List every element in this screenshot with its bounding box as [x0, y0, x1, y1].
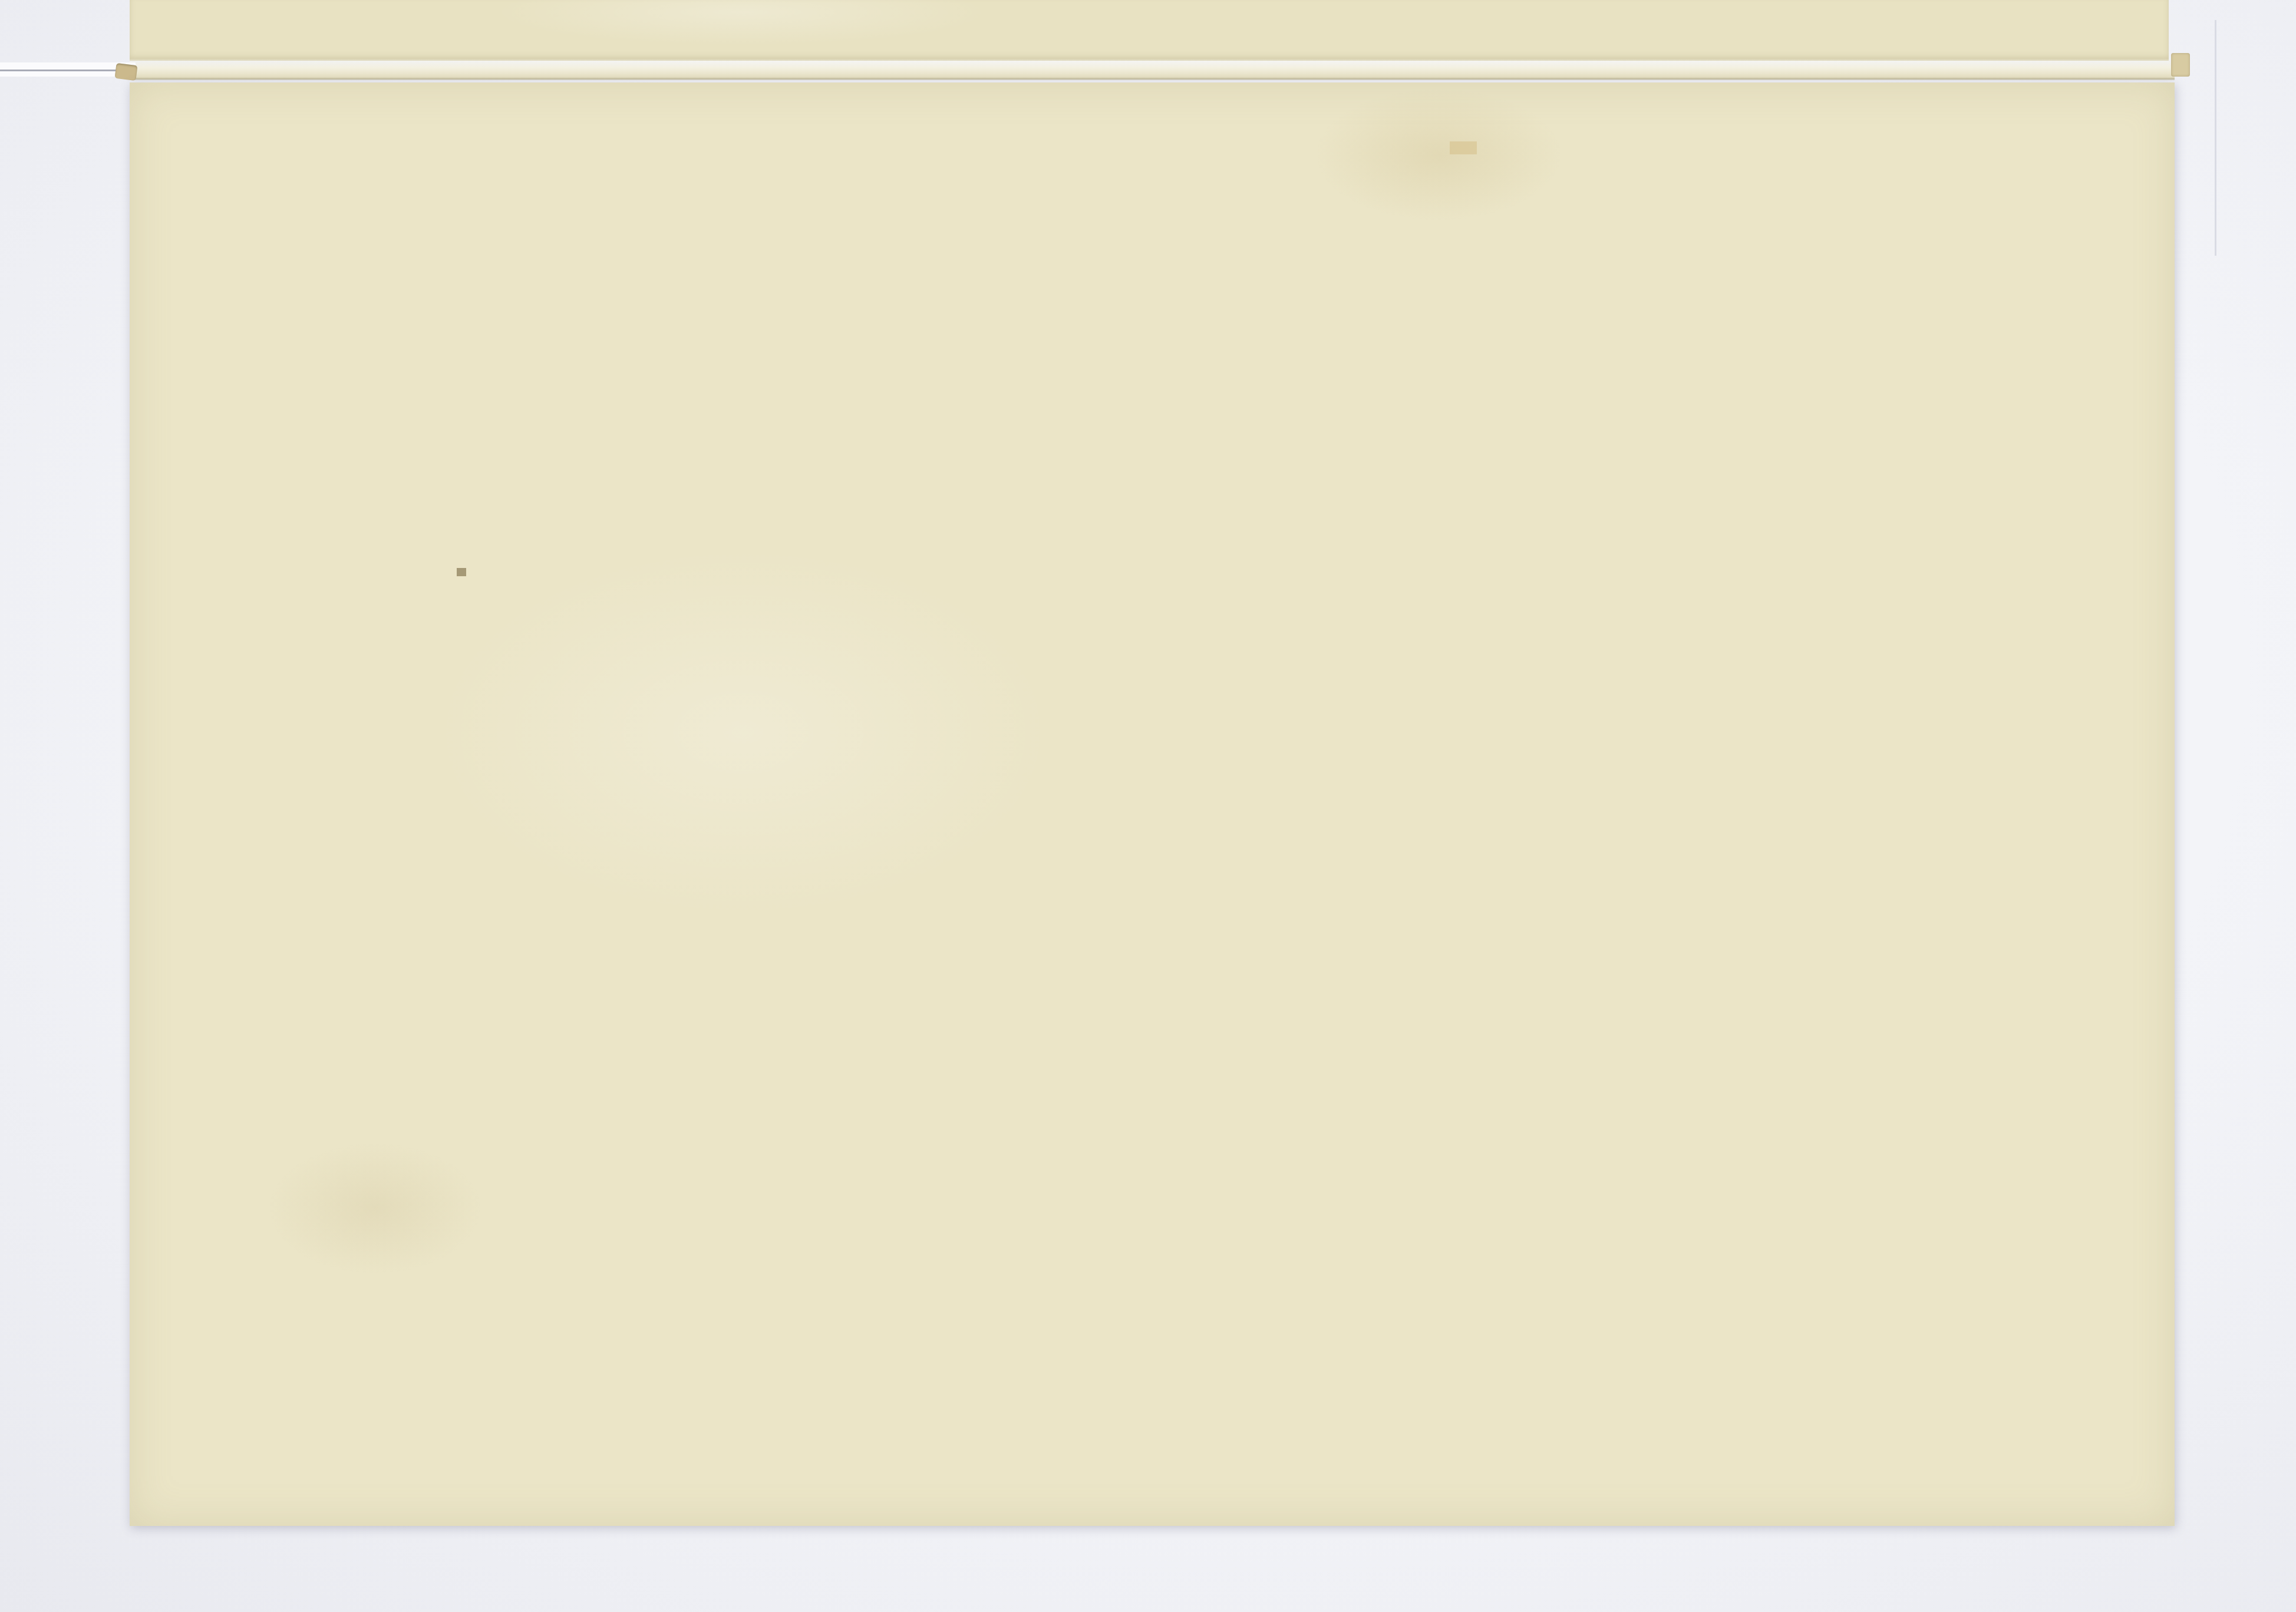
sheet-edge-line: [2215, 20, 2216, 256]
page-tab: [115, 63, 138, 81]
page-fold-seam: [130, 59, 2175, 79]
paper-stain: [457, 568, 466, 576]
seam-shadow-line: [130, 78, 2175, 80]
scan-background: { "manuscript": { "page_number": "12", "…: [0, 0, 2296, 1612]
scanner-edge-line: [0, 70, 134, 71]
manuscript-page: [130, 82, 2175, 1526]
page-edge-chip: [2171, 53, 2190, 77]
paper-stain: [1450, 141, 1477, 154]
previous-page-strip-text: [53, 0, 2169, 61]
